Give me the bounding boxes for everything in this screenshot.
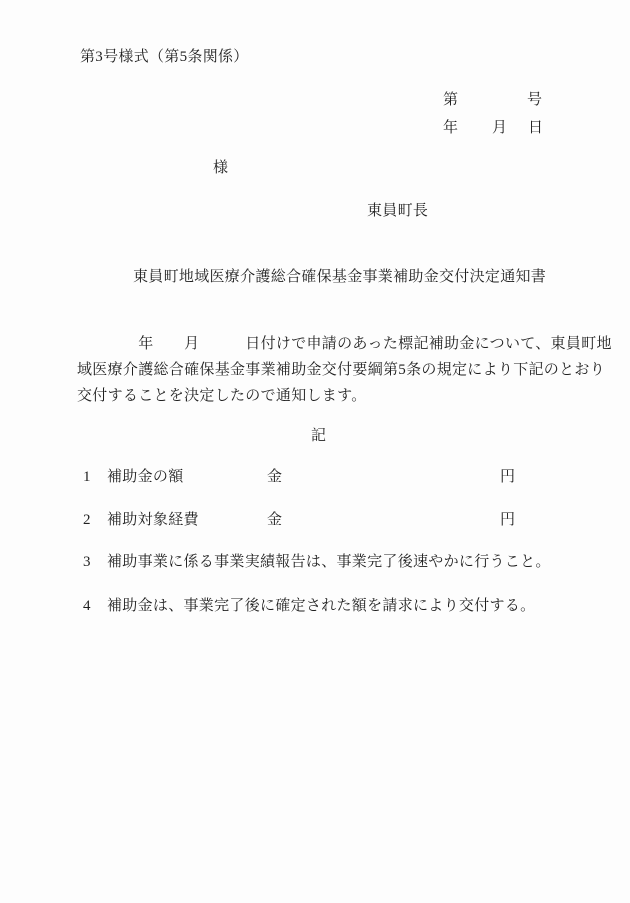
addressee-line: 様	[0, 161, 630, 179]
body-line-3: 交付することを決定したので通知します。	[77, 389, 367, 404]
item-label: 補助対象経費	[107, 513, 199, 528]
sender-name: 東員町長	[367, 204, 428, 219]
amount-unit: 円	[500, 513, 515, 528]
date-line: 年 月 日	[0, 121, 630, 139]
section-marker: 記	[311, 429, 326, 444]
form-style-number: 第3号様式（第5条関係）	[80, 50, 249, 65]
year-label: 年	[443, 121, 458, 136]
item-row-4: 4 補助金は、事業完了後に確定された額を請求により交付する。	[0, 599, 630, 617]
addressee-honorific: 様	[213, 161, 228, 176]
item-number: 3	[83, 555, 91, 570]
amount-value-blank	[290, 470, 490, 486]
item-number: 1	[83, 470, 91, 485]
item-text: 補助事業に係る事業実績報告は、事業完了後速やかに行うこと。	[107, 555, 551, 570]
notice-document-page: 第3号様式（第5条関係） 第 号 年 月 日 様 東員町長 東員町地域医療介護総…	[0, 0, 630, 903]
item-row-1: 1 補助金の額 金 円	[0, 470, 630, 488]
document-title: 東員町地域医療介護総合確保基金事業補助金交付決定通知書	[133, 270, 546, 285]
amount-prefix: 金	[267, 513, 282, 528]
body-line-1: 年 月 日付けで申請のあった標記補助金について、東員町地	[77, 337, 612, 352]
amount-prefix: 金	[267, 470, 282, 485]
addressee-name-blank	[95, 161, 205, 177]
body-line-2: 域医療介護総合確保基金事業補助金交付要綱第5条の規定により下記のとおり	[77, 363, 605, 378]
day-label: 日	[528, 121, 543, 136]
item-row-2: 2 補助対象経費 金 円	[0, 513, 630, 531]
doc-number-suffix: 号	[527, 93, 542, 108]
doc-number-line: 第 号	[0, 93, 630, 111]
amount-value-blank	[290, 513, 490, 529]
amount-unit: 円	[500, 470, 515, 485]
month-label: 月	[492, 121, 507, 136]
item-number: 4	[83, 599, 91, 614]
doc-number-prefix: 第	[443, 93, 458, 108]
item-number: 2	[83, 513, 91, 528]
item-text: 補助金は、事業完了後に確定された額を請求により交付する。	[107, 599, 535, 614]
doc-number-blank	[460, 93, 525, 109]
item-label: 補助金の額	[107, 470, 184, 485]
item-row-3: 3 補助事業に係る事業実績報告は、事業完了後速やかに行うこと。	[0, 555, 630, 573]
